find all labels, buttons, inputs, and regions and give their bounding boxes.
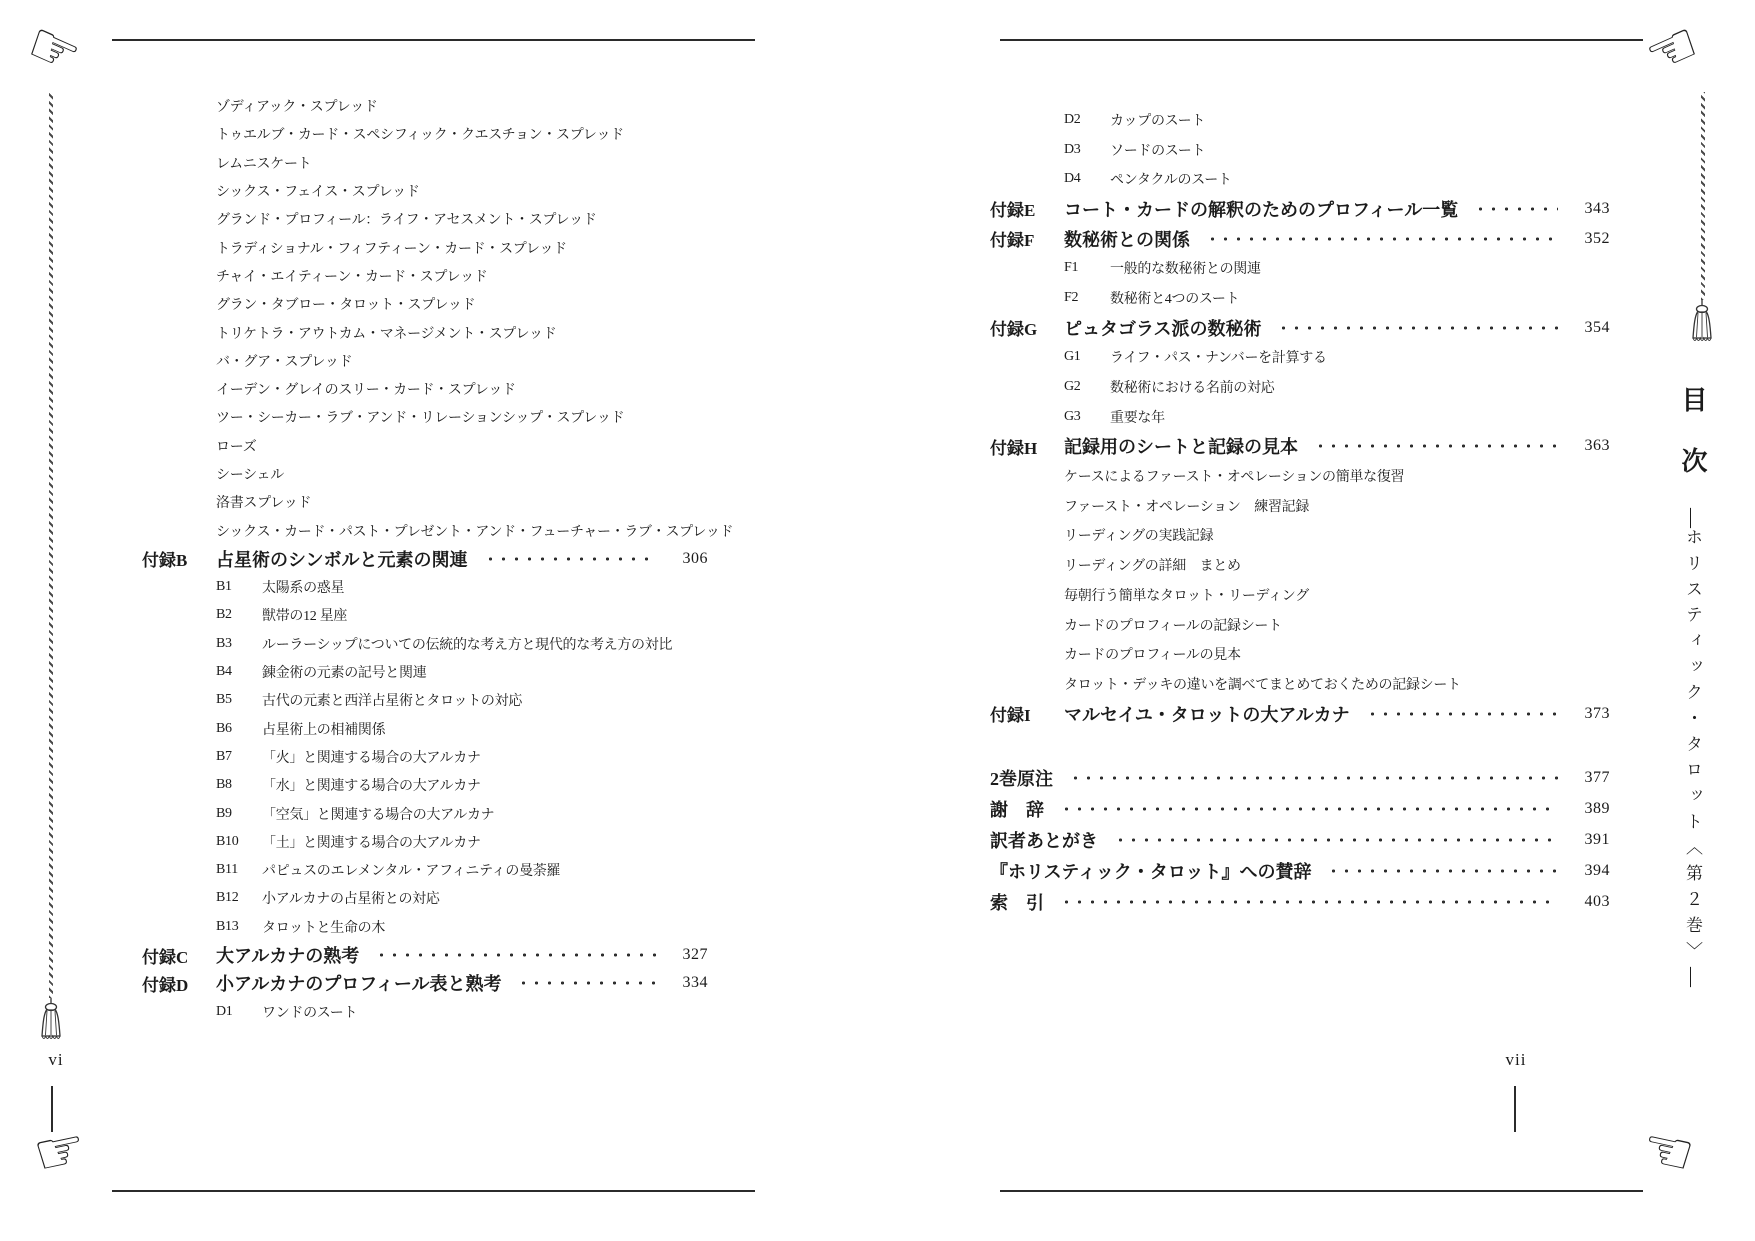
toc-entry-page-number: 354: [1568, 319, 1610, 337]
toc-row-item: リーディングの詳細 まとめ: [990, 550, 1610, 580]
toc-entry-label: 大アルカナの熟考: [216, 942, 359, 968]
toc-entry-label: 「火」と関連する場合の大アルカナ: [262, 747, 481, 767]
toc-entry-label: 『ホリスティック・タロット』への賛辞: [990, 858, 1311, 884]
toc-row-sub: G3重要な年: [990, 402, 1610, 432]
toc-entry-code: B7: [216, 749, 262, 765]
toc-row-item: グランド・プロフィール：ライフ・アセスメント・スプレッド: [142, 205, 708, 233]
toc-entry-label: 毎朝行う簡単なタロット・リーディング: [1064, 585, 1309, 605]
toc-entry-label: グラン・タブロー・タロット・スプレッド: [216, 294, 475, 314]
toc-entry-label: 謝 辞: [990, 796, 1044, 822]
toc-row-item: トラディショナル・フィフティーン・カード・スプレッド: [142, 233, 708, 261]
toc-entry-label: 「土」と関連する場合の大アルカナ: [262, 832, 481, 852]
toc-row-appendix: 付録C大アルカナの熟考327: [142, 941, 708, 969]
margin-title-dash: ―: [1671, 967, 1709, 987]
toc-entry-code: 付録B: [142, 546, 216, 571]
toc-entry-code: D4: [1064, 171, 1110, 187]
top-rule-left-page: [112, 39, 755, 41]
toc-entry-label: トリケトラ・アウトカム・マネージメント・スプレッド: [216, 323, 556, 343]
toc-row-sub: B2獣帯の12 星座: [142, 601, 708, 629]
toc-entry-page-number: 394: [1568, 862, 1610, 880]
toc-entry-page-number: 389: [1568, 800, 1610, 818]
toc-entry-label: 獣帯の12 星座: [262, 605, 347, 625]
toc-entry-code: 付録D: [142, 971, 216, 996]
toc-row-sub: B10「土」と関連する場合の大アルカナ: [142, 828, 708, 856]
toc-entry-code: B11: [216, 862, 262, 878]
toc-entry-page-number: 327: [666, 946, 708, 964]
toc-entry-label: ワンドのスート: [262, 1002, 357, 1022]
toc-entry-label: ペンタクルのスート: [1110, 169, 1232, 189]
toc-entry-code: B6: [216, 721, 262, 737]
toc-entry-label: リーディングの詳細 まとめ: [1064, 555, 1241, 575]
dot-leader: [1314, 444, 1558, 448]
dot-leader: [517, 981, 656, 985]
toc-entry-label: ローズ: [216, 436, 256, 456]
toc-row-item: シックス・カード・パスト・プレゼント・アンド・フューチャー・ラブ・スプレッド: [142, 516, 708, 544]
toc-entry-code: D3: [1064, 142, 1110, 158]
toc-entry-page-number: 352: [1568, 230, 1610, 248]
toc-left-page: ゾディアック・スプレッドトゥエルブ・カード・スペシフィック・クエスチョン・スプレ…: [142, 92, 708, 1026]
toc-entry-label: ピュタゴラス派の数秘術: [1064, 315, 1261, 341]
toc-row-sub: D2カップのスート: [990, 105, 1610, 135]
dot-leader: [1206, 237, 1558, 241]
toc-entry-code: 付録C: [142, 943, 216, 968]
toc-row-backmatter: 謝 辞389: [990, 793, 1610, 824]
toc-entry-page-number: 373: [1568, 705, 1610, 723]
toc-row-item: トリケトラ・アウトカム・マネージメント・スプレッド: [142, 318, 708, 346]
toc-entry-label: トラディショナル・フィフティーン・カード・スプレッド: [216, 238, 567, 258]
toc-row-sub: B12小アルカナの占星術との対応: [142, 884, 708, 912]
toc-entry-label: 2巻原注: [990, 765, 1053, 791]
toc-row-item: 洛書スプレッド: [142, 488, 708, 516]
toc-row-sub: F1一般的な数秘術との関連: [990, 253, 1610, 283]
toc-entry-label: シックス・フェイス・スプレッド: [216, 181, 420, 201]
toc-entry-label: 重要な年: [1110, 407, 1165, 427]
toc-row-sub: B3ルーラーシップについての伝統的な考え方と現代的な考え方の対比: [142, 630, 708, 658]
toc-entry-code: F2: [1064, 290, 1110, 306]
margin-title: 目次―ホリスティック・タロット〈第２巻〉―: [1674, 386, 1711, 1026]
margin-title-subtitle: ホリスティック・タロット〈第２巻〉: [1683, 528, 1702, 967]
toc-entry-label: バ・グア・スプレッド: [216, 351, 352, 371]
toc-entry-page-number: 306: [666, 550, 708, 568]
toc-entry-label: 索 引: [990, 889, 1044, 915]
toc-entry-code: 付録G: [990, 315, 1064, 340]
toc-entry-label: 「水」と関連する場合の大アルカナ: [262, 775, 481, 795]
toc-entry-label: カードのプロフィールの見本: [1064, 644, 1241, 664]
toc-entry-label: カップのスート: [1110, 110, 1205, 130]
toc-entry-label: ファースト・オペレーション 練習記録: [1064, 496, 1309, 516]
toc-entry-code: 付録F: [990, 226, 1064, 251]
page-number-left: vi: [34, 1050, 78, 1070]
toc-row-gap: [990, 728, 1610, 762]
toc-row-sub: D3ソードのスート: [990, 135, 1610, 165]
toc-entry-code: B13: [216, 919, 262, 935]
toc-row-appendix: 付録D小アルカナのプロフィール表と熟考334: [142, 969, 708, 997]
dot-leader: [1277, 326, 1558, 330]
rope-left-margin: [49, 92, 53, 998]
toc-entry-label: 洛書スプレッド: [216, 492, 311, 512]
pointing-hand-icon: ☞: [29, 1117, 92, 1185]
toc-row-sub: B6占星術上の相補関係: [142, 715, 708, 743]
rope-right-margin: [1701, 92, 1705, 300]
toc-row-sub: F2数秘術と4つのスート: [990, 283, 1610, 313]
dot-leader: [484, 557, 656, 561]
dot-leader: [1114, 838, 1558, 842]
toc-row-sub: B1太陽系の惑星: [142, 573, 708, 601]
toc-entry-page-number: 403: [1568, 893, 1610, 911]
toc-entry-page-number: 363: [1568, 437, 1610, 455]
pointing-hand-icon: ☜: [1637, 1117, 1700, 1185]
toc-entry-label: 「空気」と関連する場合の大アルカナ: [262, 804, 494, 824]
toc-entry-label: ルーラーシップについての伝統的な考え方と現代的な考え方の対比: [262, 634, 672, 654]
toc-entry-code: 付録I: [990, 701, 1064, 726]
toc-entry-label: 太陽系の惑星: [262, 577, 344, 597]
toc-row-appendix: 付録Eコート・カードの解釈のためのプロフィール一覧343: [990, 194, 1610, 224]
toc-row-item: シックス・フェイス・スプレッド: [142, 177, 708, 205]
toc-row-sub: D1ワンドのスート: [142, 998, 708, 1026]
toc-entry-label: 一般的な数秘術との関連: [1110, 258, 1261, 278]
toc-entry-code: D2: [1064, 112, 1110, 128]
toc-row-appendix: 付録B占星術のシンボルと元素の関連306: [142, 545, 708, 573]
toc-row-backmatter: 索 引403: [990, 886, 1610, 917]
margin-title-heading: 目次: [1678, 386, 1707, 508]
toc-row-item: レムニスケート: [142, 149, 708, 177]
toc-entry-code: B9: [216, 806, 262, 822]
toc-row-item: トゥエルブ・カード・スペシフィック・クエスチョン・スプレッド: [142, 120, 708, 148]
toc-entry-label: 記録用のシートと記録の見本: [1064, 433, 1298, 459]
toc-entry-label: ツー・シーカー・ラブ・アンド・リレーションシップ・スプレッド: [216, 407, 624, 427]
toc-entry-label: シーシェル: [216, 464, 284, 484]
tassel-icon: [1689, 300, 1715, 351]
dot-leader: [1060, 807, 1558, 811]
toc-row-item: 毎朝行う簡単なタロット・リーディング: [990, 580, 1610, 610]
bottom-rule-right-page: [1000, 1190, 1643, 1192]
toc-entry-label: 占星術上の相補関係: [262, 719, 385, 739]
toc-entry-code: B2: [216, 607, 262, 623]
toc-row-sub: B8「水」と関連する場合の大アルカナ: [142, 771, 708, 799]
toc-entry-code: B8: [216, 777, 262, 793]
toc-row-sub: B9「空気」と関連する場合の大アルカナ: [142, 799, 708, 827]
toc-entry-page-number: 343: [1568, 200, 1610, 218]
toc-entry-code: B5: [216, 692, 262, 708]
toc-row-item: リーディングの実践記録: [990, 521, 1610, 551]
toc-row-item: ケースによるファースト・オペレーションの簡単な復習: [990, 461, 1610, 491]
toc-row-item: ファースト・オペレーション 練習記録: [990, 491, 1610, 521]
margin-title-dash: ―: [1671, 508, 1709, 528]
toc-entry-label: リーディングの実践記録: [1064, 525, 1213, 545]
toc-row-backmatter: 『ホリスティック・タロット』への賛辞394: [990, 855, 1610, 886]
toc-entry-code: B1: [216, 579, 262, 595]
toc-entry-code: B12: [216, 890, 262, 906]
top-rule-right-page: [1000, 39, 1643, 41]
dot-leader: [1327, 869, 1558, 873]
toc-row-item: カードのプロフィールの見本: [990, 639, 1610, 669]
toc-entry-label: レムニスケート: [216, 153, 311, 173]
toc-entry-label: コート・カードの解釈のためのプロフィール一覧: [1064, 196, 1458, 222]
toc-right-page: D2カップのスートD3ソードのスートD4ペンタクルのスート付録Eコート・カードの…: [990, 105, 1610, 917]
toc-entry-label: タロットと生命の木: [262, 917, 385, 937]
toc-row-sub: B13タロットと生命の木: [142, 913, 708, 941]
toc-entry-code: G1: [1064, 349, 1110, 365]
toc-entry-label: ゾディアック・スプレッド: [216, 96, 378, 116]
toc-entry-label: 数秘術と4つのスート: [1110, 288, 1239, 308]
dot-leader: [1366, 712, 1558, 716]
toc-entry-page-number: 377: [1568, 769, 1610, 787]
toc-entry-label: ソードのスート: [1110, 140, 1205, 160]
toc-row-sub: B7「火」と関連する場合の大アルカナ: [142, 743, 708, 771]
toc-entry-label: 訳者あとがき: [990, 827, 1098, 853]
toc-row-backmatter: 2巻原注377: [990, 762, 1610, 793]
toc-row-item: イーデン・グレイのスリー・カード・スプレッド: [142, 375, 708, 403]
page-number-right: vii: [1494, 1050, 1538, 1070]
toc-row-appendix: 付録Iマルセイユ・タロットの大アルカナ373: [990, 699, 1610, 729]
toc-entry-label: 小アルカナの占星術との対応: [262, 888, 440, 908]
toc-row-item: グラン・タブロー・タロット・スプレッド: [142, 290, 708, 318]
toc-entry-label: ライフ・パス・ナンバーを計算する: [1110, 347, 1327, 367]
toc-row-sub: D4ペンタクルのスート: [990, 164, 1610, 194]
folio-corner-line-right: [1514, 1086, 1516, 1132]
toc-entry-code: B3: [216, 636, 262, 652]
tassel-icon: [38, 998, 64, 1049]
toc-entry-code: D1: [216, 1004, 262, 1020]
toc-row-backmatter: 訳者あとがき391: [990, 824, 1610, 855]
toc-entry-label: グランド・プロフィール：ライフ・アセスメント・スプレッド: [216, 209, 597, 229]
bottom-rule-left-page: [112, 1190, 755, 1192]
toc-row-sub: B4錬金術の元素の記号と関連: [142, 658, 708, 686]
toc-entry-label: ケースによるファースト・オペレーションの簡単な復習: [1064, 466, 1404, 486]
toc-row-item: ゾディアック・スプレッド: [142, 92, 708, 120]
book-spread: ☞ ☜ ☞ ☜: [0, 0, 1755, 1241]
toc-entry-page-number: 391: [1568, 831, 1610, 849]
toc-entry-label: 小アルカナのプロフィール表と熟考: [216, 970, 501, 996]
toc-entry-code: G2: [1064, 379, 1110, 395]
toc-entry-label: チャイ・エイティーン・カード・スプレッド: [216, 266, 487, 286]
toc-row-appendix: 付録Gピュタゴラス派の数秘術354: [990, 313, 1610, 343]
toc-row-sub: G2数秘術における名前の対応: [990, 372, 1610, 402]
toc-entry-label: タロット・デッキの違いを調べてまとめておくための記録シート: [1064, 674, 1461, 694]
pointing-hand-icon: ☜: [1636, 12, 1707, 86]
pointing-hand-icon: ☞: [18, 12, 89, 86]
toc-entry-code: 付録H: [990, 434, 1064, 459]
toc-entry-label: シックス・カード・パスト・プレゼント・アンド・フューチャー・ラブ・スプレッド: [216, 521, 733, 541]
dot-leader: [1060, 900, 1558, 904]
toc-entry-label: トゥエルブ・カード・スペシフィック・クエスチョン・スプレッド: [216, 124, 624, 144]
toc-row-appendix: 付録H記録用のシートと記録の見本363: [990, 432, 1610, 462]
toc-row-sub: B11パピュスのエレメンタル・アフィニティの曼荼羅: [142, 856, 708, 884]
toc-entry-label: カードのプロフィールの記録シート: [1064, 615, 1282, 635]
toc-row-item: シーシェル: [142, 460, 708, 488]
dot-leader: [1474, 207, 1558, 211]
toc-row-sub: B5古代の元素と西洋占星術とタロットの対応: [142, 686, 708, 714]
toc-entry-code: B4: [216, 664, 262, 680]
toc-row-appendix: 付録F数秘術との関係352: [990, 224, 1610, 254]
toc-entry-label: 数秘術との関係: [1064, 226, 1190, 252]
toc-entry-label: 数秘術における名前の対応: [1110, 377, 1274, 397]
toc-entry-label: 錬金術の元素の記号と関連: [262, 662, 426, 682]
toc-row-item: ツー・シーカー・ラブ・アンド・リレーションシップ・スプレッド: [142, 403, 708, 431]
toc-entry-label: マルセイユ・タロットの大アルカナ: [1064, 701, 1350, 727]
folio-corner-line-left: [51, 1086, 53, 1132]
dot-leader: [375, 953, 656, 957]
toc-entry-label: 占星術のシンボルと元素の関連: [216, 546, 468, 572]
toc-entry-label: 古代の元素と西洋占星術とタロットの対応: [262, 690, 522, 710]
toc-row-item: チャイ・エイティーン・カード・スプレッド: [142, 262, 708, 290]
toc-entry-code: 付録E: [990, 196, 1064, 221]
toc-entry-page-number: 334: [666, 974, 708, 992]
toc-entry-label: イーデン・グレイのスリー・カード・スプレッド: [216, 379, 516, 399]
toc-row-item: カードのプロフィールの記録シート: [990, 610, 1610, 640]
toc-entry-code: F1: [1064, 260, 1110, 276]
toc-row-item: タロット・デッキの違いを調べてまとめておくための記録シート: [990, 669, 1610, 699]
toc-entry-code: G3: [1064, 409, 1110, 425]
toc-row-sub: G1ライフ・パス・ナンバーを計算する: [990, 343, 1610, 373]
toc-row-item: ローズ: [142, 432, 708, 460]
toc-entry-label: パピュスのエレメンタル・アフィニティの曼荼羅: [262, 860, 560, 880]
dot-leader: [1069, 776, 1558, 780]
toc-entry-code: B10: [216, 834, 262, 850]
toc-row-item: バ・グア・スプレッド: [142, 347, 708, 375]
